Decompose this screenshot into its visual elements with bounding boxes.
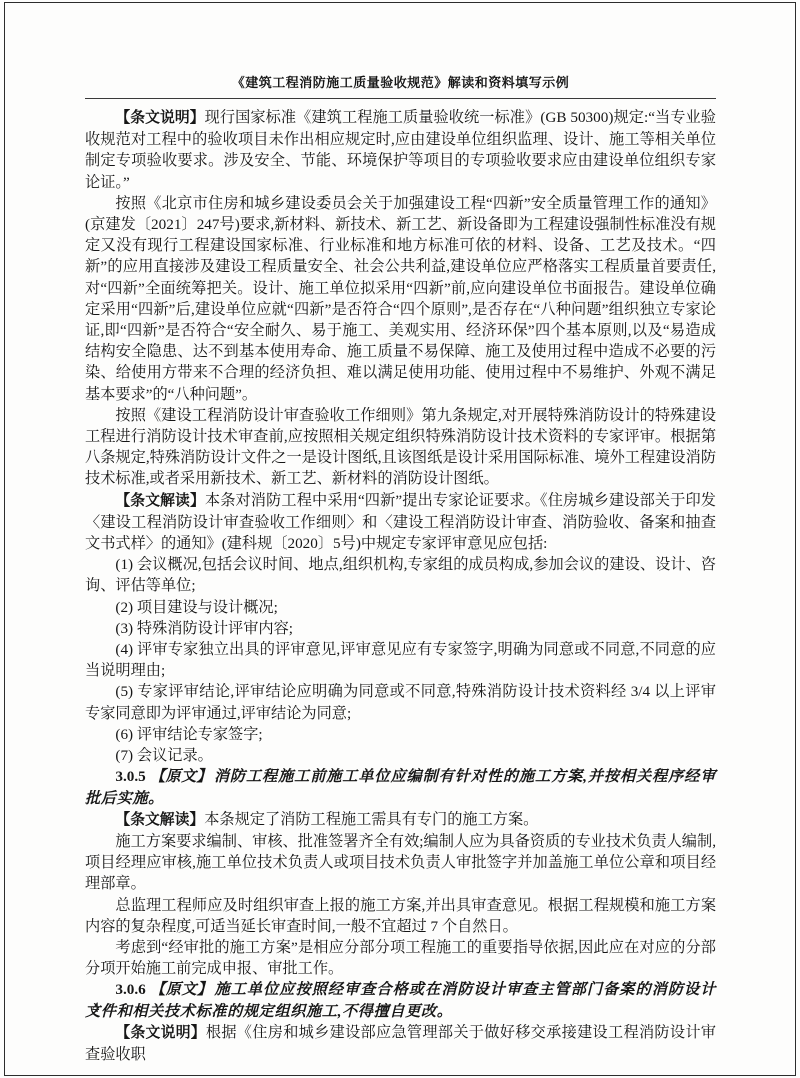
page-number: 4 xyxy=(92,1000,99,1017)
paragraph-label: 【条文解读】 xyxy=(115,812,204,828)
paragraph-text: 考虑到“经审批的施工方案”是相应分部分项工程施工的重要指导依据,因此应在对应的分… xyxy=(85,939,716,977)
paragraph-label: 【条文解读】 xyxy=(115,493,205,509)
list-item-text: (7) 会议记录。 xyxy=(115,747,212,764)
paragraph-text: 本条规定了消防工程施工需具有专门的施工方案。 xyxy=(204,811,538,828)
body-text: 【条文说明】现行国家标准《建筑工程施工质量验收统一标准》(GB 50300)规定… xyxy=(85,107,716,1065)
clause-paragraph: 3.0.5【原文】消防工程施工前施工单位应编制有针对性的施工方案,并按相关程序经… xyxy=(85,766,716,808)
paragraph-text: 按照《北京市住房和城乡建设委员会关于加强建设工程“四新”安全质量管理工作的通知》… xyxy=(85,195,716,403)
paragraph-label: 【条文说明】 xyxy=(115,110,204,126)
list-item: (3) 特殊消防设计评审内容; xyxy=(85,618,716,639)
list-item: (2) 项目建设与设计概况; xyxy=(85,597,716,618)
paragraph: 【条文解读】本条规定了消防工程施工需具有专门的施工方案。 xyxy=(85,809,716,831)
paragraph-text: 总监理工程师应及时组织审查上报的施工方案,并出具审查意见。根据工程规模和施工方案… xyxy=(85,897,716,935)
list-item-text: (2) 项目建设与设计概况; xyxy=(115,599,277,616)
paragraph: 总监理工程师应及时组织审查上报的施工方案,并出具审查意见。根据工程规模和施工方案… xyxy=(85,895,716,937)
clause-number: 3.0.6 xyxy=(115,981,145,998)
list-item-text: (6) 评审结论专家签字; xyxy=(115,726,262,743)
paragraph: 按照《北京市住房和城乡建设委员会关于加强建设工程“四新”安全质量管理工作的通知》… xyxy=(85,193,716,405)
paragraph: 施工方案要求编制、审核、批准签署齐全有效;编制人应为具备资质的专业技术负责人编制… xyxy=(85,831,716,895)
list-item: (6) 评审结论专家签字; xyxy=(85,724,716,745)
page-header-title: 《建筑工程消防施工质量验收规范》解读和资料填写示例 xyxy=(85,72,716,91)
list-item-text: (5) 专家评审结论,评审结论应明确为同意或不同意,特殊消防设计技术资料经 3/… xyxy=(85,683,716,721)
paragraph-label: 【条文说明】 xyxy=(115,1025,205,1041)
list-item: (7) 会议记录。 xyxy=(85,745,716,766)
list-item: (1) 会议概况,包括会议时间、地点,组织机构,专家组的成员构成,参加会议的建设… xyxy=(85,554,716,596)
list-item-text: (4) 评审专家独立出具的评审意见,评审意见应有专家签字,明确为同意或不同意,不… xyxy=(85,641,716,679)
list-item-text: (3) 特殊消防设计评审内容; xyxy=(115,620,293,637)
page-content: 《建筑工程消防施工质量验收规范》解读和资料填写示例 【条文说明】现行国家标准《建… xyxy=(85,0,716,1065)
list-item: (5) 专家评审结论,评审结论应明确为同意或不同意,特殊消防设计技术资料经 3/… xyxy=(85,681,716,723)
paragraph-text: 施工方案要求编制、审核、批准签署齐全有效;编制人应为具备资质的专业技术负责人编制… xyxy=(85,833,716,892)
paragraph-text: 按照《建设工程消防设计审查验收工作细则》第九条规定,对开展特殊消防设计的特殊建设… xyxy=(85,407,716,488)
header-divider xyxy=(85,98,716,99)
paragraph: 考虑到“经审批的施工方案”是相应分部分项工程施工的重要指导依据,因此应在对应的分… xyxy=(85,937,716,979)
list-item: (4) 评审专家独立出具的评审意见,评审意见应有专家签字,明确为同意或不同意,不… xyxy=(85,639,716,681)
paragraph: 按照《建设工程消防设计审查验收工作细则》第九条规定,对开展特殊消防设计的特殊建设… xyxy=(85,405,716,490)
document-page: 《建筑工程消防施工质量验收规范》解读和资料填写示例 【条文说明】现行国家标准《建… xyxy=(0,0,800,1078)
paragraph: 【条文解读】本条对消防工程中采用“四新”提出专家论证要求。《住房城乡建设部关于印… xyxy=(85,490,716,555)
paragraph: 【条文说明】现行国家标准《建筑工程施工质量验收统一标准》(GB 50300)规定… xyxy=(85,107,716,193)
list-item-text: (1) 会议概况,包括会议时间、地点,组织机构,专家组的成员构成,参加会议的建设… xyxy=(85,556,716,594)
paragraph: 【条文说明】根据《住房和城乡建设部应急管理部关于做好移交承接建设工程消防设计审查… xyxy=(85,1022,716,1065)
clause-label: 【原文】 xyxy=(150,981,213,998)
clause-number: 3.0.5 xyxy=(115,768,145,785)
clause-paragraph: 3.0.6【原文】施工单位应按照经审查合格或在消防设计审查主管部门备案的消防设计… xyxy=(85,979,716,1021)
clause-label: 【原文】 xyxy=(150,768,212,785)
